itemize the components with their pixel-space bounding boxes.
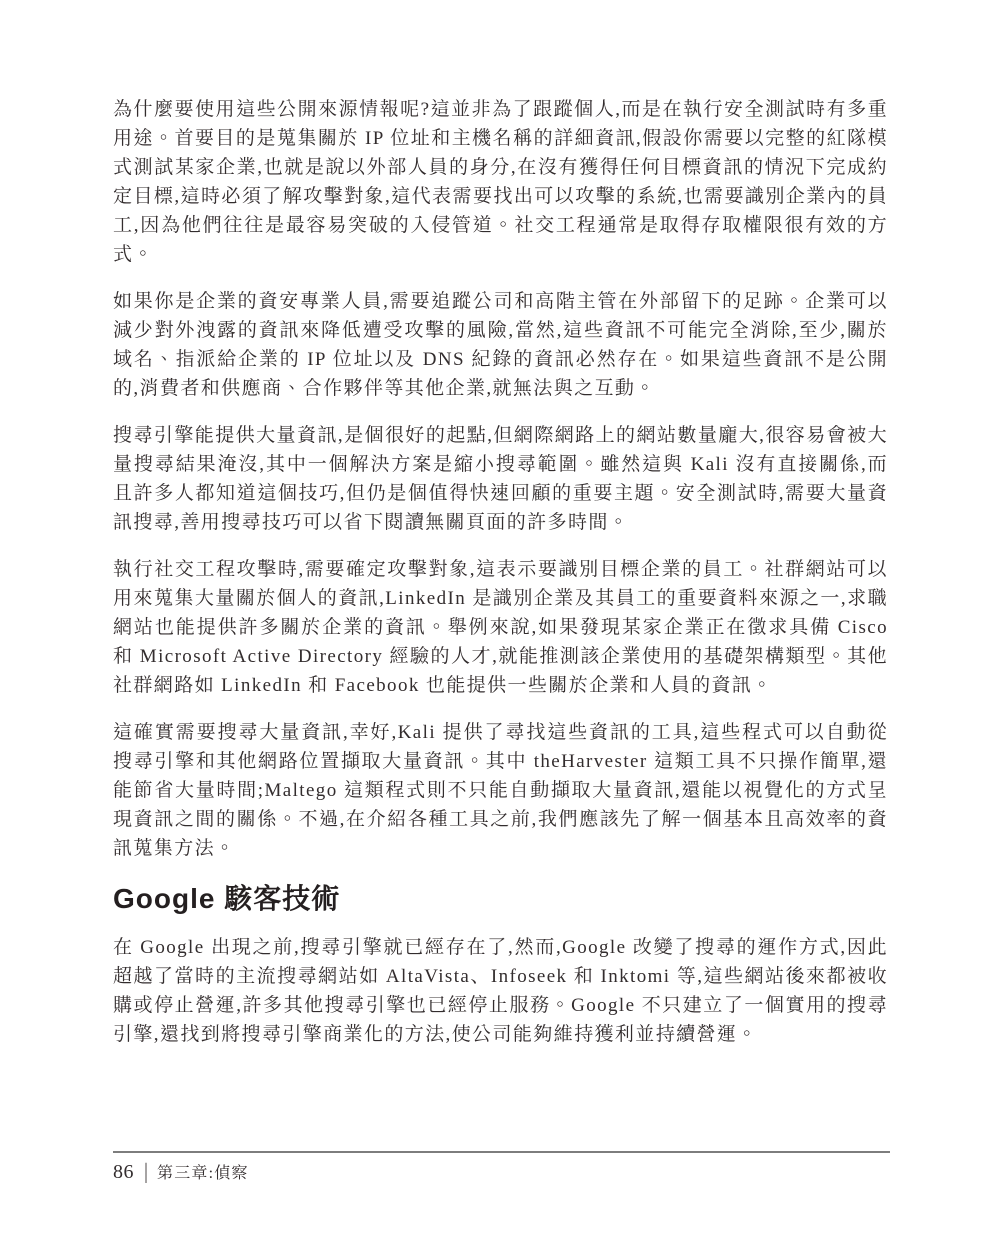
page-content: 為什麼要使用這些公開來源情報呢?這並非為了跟蹤個人,而是在執行安全測試時有多重用… (113, 95, 888, 1067)
body-paragraph: 在 Google 出現之前,搜尋引擎就已經存在了,然而,Google 改變了搜尋… (113, 933, 888, 1049)
body-paragraph: 搜尋引擎能提供大量資訊,是個很好的起點,但網際網路上的網站數量龐大,很容易會被大… (113, 421, 888, 537)
book-page: 為什麼要使用這些公開來源情報呢?這並非為了跟蹤個人,而是在執行安全測試時有多重用… (0, 0, 1000, 1243)
body-paragraph: 為什麼要使用這些公開來源情報呢?這並非為了跟蹤個人,而是在執行安全測試時有多重用… (113, 95, 888, 269)
body-paragraph: 這確實需要搜尋大量資訊,幸好,Kali 提供了尋找這些資訊的工具,這些程式可以自… (113, 718, 888, 863)
body-paragraph: 如果你是企業的資安專業人員,需要追蹤公司和高階主管在外部留下的足跡。企業可以減少… (113, 287, 888, 403)
chapter-title: 第三章:偵察 (157, 1165, 249, 1182)
section-heading: Google 駭客技術 (113, 881, 888, 917)
page-number: 86 (113, 1161, 134, 1183)
page-footer: 86|第三章:偵察 (113, 1151, 890, 1184)
body-paragraph: 執行社交工程攻擊時,需要確定攻擊對象,這表示要識別目標企業的員工。社群網站可以用… (113, 555, 888, 700)
footer-divider: | (144, 1160, 148, 1185)
